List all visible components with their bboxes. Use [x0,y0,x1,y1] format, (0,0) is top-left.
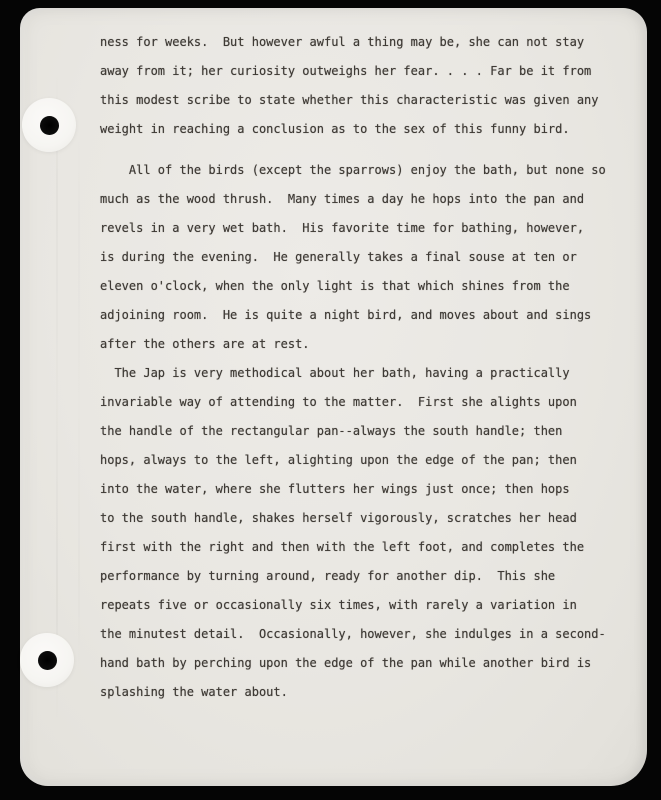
text-line: The Jap is very methodical about her bat… [100,359,620,388]
text-line: adjoining room. He is quite a night bird… [100,301,620,330]
text-line: hand bath by perching upon the edge of t… [100,649,620,678]
scan-background: { "colors": { "scan_background": "#05050… [0,0,661,800]
text-line: away from it; her curiosity outweighs he… [100,57,620,86]
text-line: this modest scribe to state whether this… [100,86,620,115]
paper-sheet: ness for weeks. But however awful a thin… [20,8,647,786]
text-line: performance by turning around, ready for… [100,562,620,591]
text-line: much as the wood thrush. Many times a da… [100,185,620,214]
paragraph-1: ness for weeks. But however awful a thin… [100,28,620,144]
paper-crease [78,128,80,686]
text-line: ness for weeks. But however awful a thin… [100,28,620,57]
text-line: into the water, where she flutters her w… [100,475,620,504]
hole-reinforcement-ring-top [22,98,76,152]
text-line: weight in reaching a conclusion as to th… [100,115,620,144]
hole-reinforcement-ring-bottom [20,633,74,687]
punched-hole-bottom [38,651,57,670]
text-line: after the others are at rest. [100,330,620,359]
text-line: the handle of the rectangular pan--alway… [100,417,620,446]
paper-crease [56,68,58,726]
text-line: hops, always to the left, alighting upon… [100,446,620,475]
punched-hole-top [40,116,59,135]
text-line: eleven o'clock, when the only light is t… [100,272,620,301]
text-line: repeats five or occasionally six times, … [100,591,620,620]
text-line: invariable way of attending to the matte… [100,388,620,417]
paragraph-2: All of the birds (except the sparrows) e… [100,156,620,359]
text-line: revels in a very wet bath. His favorite … [100,214,620,243]
text-line: splashing the water about. [100,678,620,707]
text-line: All of the birds (except the sparrows) e… [100,156,620,185]
text-line: first with the right and then with the l… [100,533,620,562]
document-text: ness for weeks. But however awful a thin… [100,28,620,707]
text-line: the minutest detail. Occasionally, howev… [100,620,620,649]
paragraph-3: The Jap is very methodical about her bat… [100,359,620,707]
text-line: to the south handle, shakes herself vigo… [100,504,620,533]
text-line: is during the evening. He generally take… [100,243,620,272]
